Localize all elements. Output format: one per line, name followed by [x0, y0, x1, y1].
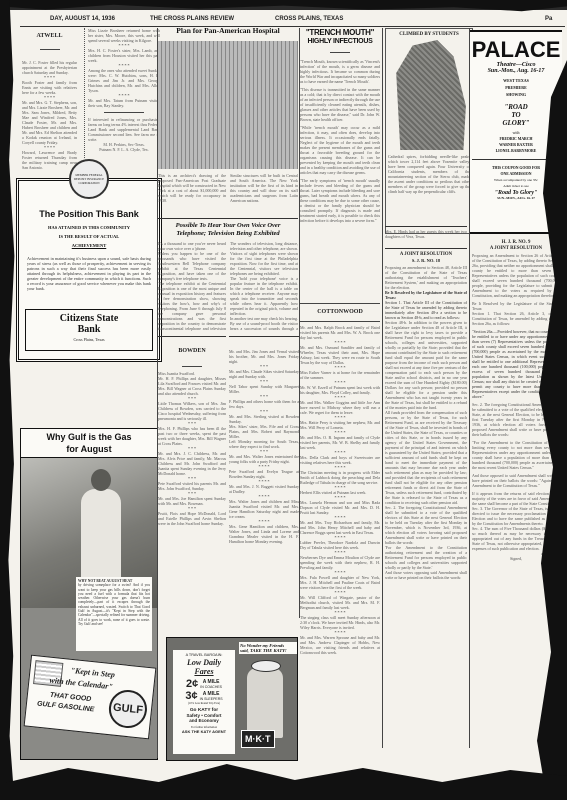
cottonwood-paragraph: Lubber Prevler, Theodore Nardolz and Dar…: [300, 540, 380, 550]
column-rule: [469, 28, 470, 748]
bowden-paragraph: Mr. H. F. Phillips and daughter, Misses …: [158, 376, 226, 396]
sjr-paragraph: 'For the Amendment to the Constitution a…: [385, 545, 467, 570]
bowden-paragraph: Mrs. Sikes' sister, Mrs. Fife and of Cro…: [229, 424, 299, 439]
katy-cta: and Economy: [173, 718, 235, 723]
sjr-paragraph: Section 48-b. In addition to the powers …: [385, 320, 467, 410]
trench-mouth-paragraph: "Trench Mouth, known scientifically as '…: [300, 59, 380, 84]
fdic-seal-icon: MEMBER FEDERAL DEPOSIT INSURANCE CORPORA…: [69, 159, 109, 199]
gulf-ad-headline: Why Gulf is the Gas: [21, 429, 157, 443]
trench-mouth-paragraph: "The early symptoms of 'trench mouth' us…: [300, 178, 380, 223]
atwell-column: ATWELL Mr. J. C. Foster filled his regul…: [22, 28, 77, 158]
trench-mouth-headline: HIGHLY INFECTIOUS: [300, 37, 380, 46]
katy-kicker: A TRAVEL BARGAIN:: [173, 653, 235, 657]
climbed-title: CLIMBED BY STUDENTS: [388, 32, 470, 37]
cottonwood-paragraph: Mr. and Mrs. O. B. Ingram and family of …: [300, 435, 380, 450]
atwell-paragraph: If interested in refinancing or purchasi…: [88, 117, 160, 142]
bowden-paragraph: Mrs. Gene Hamilton and children, Mrs. Wa…: [229, 524, 299, 544]
hjr-paragraph: Be It Resolved by the Legislature of the…: [472, 301, 560, 311]
katy-price: 3¢: [185, 690, 197, 702]
hjr-number: H. J. R. NO. 9: [472, 240, 560, 245]
palace-film-title: "ROAD: [470, 103, 562, 111]
cottonwood-paragraph: Mrs. Della Clark and boys of Sweetwater …: [300, 455, 380, 465]
mkt-logo-icon: M·K·T: [241, 730, 275, 748]
atwell-paragraph: Miss Lizzie Brosheer returned home with …: [88, 28, 160, 43]
palace-premiere: WEST TEXAS: [470, 78, 562, 83]
woman-head: [91, 469, 111, 491]
issue-date: DAY, AUGUST 14, 1936: [50, 16, 115, 22]
palace-film-title: GLORY": [470, 119, 562, 127]
telephone-paragraph: The 'hold your telephone' voice is a pop…: [230, 276, 298, 316]
sjr-paragraph: All funds provided from the compensation…: [385, 410, 467, 505]
sjr-number: S. J. R. NO. 18: [385, 258, 467, 263]
bowden-column-right: Mr. and Mrs. Jim Jones and Vernal visite…: [229, 336, 299, 622]
bowden-paragraph: Mrs. H. F. Phillips who has been ill the…: [158, 426, 226, 446]
atwell-title: ATWELL: [22, 34, 77, 39]
telephone-headline: Telephone; Television Being Exhibited: [158, 230, 298, 238]
katy-agent-line: ASK THE KATY AGENT: [173, 729, 235, 734]
sjr-paragraph: Be It Resolved by the Legislature of the…: [385, 290, 467, 300]
cottonwood-paragraph: Mr. W. W. Ezzell of Putnam spent last we…: [300, 385, 380, 395]
hospital-article: Plan for Pan-American Hospital This is a…: [158, 28, 298, 218]
climbed-article: CLIMBED BY STUDENTS Cathedral spires, fo…: [385, 28, 473, 234]
trench-mouth-article: "TRENCH MOUTH" HIGHLY INFECTIOUS "Trench…: [300, 28, 380, 248]
hjr-paragraph: If it appears from the returns of said e…: [472, 491, 560, 506]
katy-price-sub: IN COACHES: [200, 685, 222, 689]
hospital-headline: Plan for Pan-American Hospital: [158, 28, 298, 33]
atwell-paragraph: Mrs. H. C. Foster's sister, Mrs. Lamb, a…: [88, 48, 160, 63]
cottonwood-paragraph: Mrs. Fula Powell and daughter of New Yor…: [300, 575, 380, 590]
cottonwood-paragraph: Mr. and Mrs. Walker Goggins and little J…: [300, 400, 380, 415]
bowden-paragraph: Mrs. Walter Jones and children and Miss …: [229, 499, 299, 519]
atwell-paragraph: Mr. and Mrs. G. T. Stephens, son, and Mr…: [22, 100, 77, 145]
hospital-caption: This is an architect's drawing of the pr…: [158, 173, 226, 203]
trench-mouth-headline: "TRENCH MOUTH": [300, 28, 380, 37]
bowden-paragraph: Little Thomas Wilkers, son of Mrs. Jim C…: [158, 401, 226, 421]
telephone-paragraph: Unless you happen to be one of the thous…: [158, 251, 226, 281]
katy-coach-fare: 2¢ A MILEIN COACHES: [173, 678, 235, 690]
katy-slogan: No Wonder my Friends said, TAKE THE KATY…: [239, 642, 297, 654]
bowden-paragraph: Mr. and Mrs. J. C. Childress, Mr. and Mr…: [158, 451, 226, 476]
bank-location: Cross Plains, Texas: [26, 337, 152, 342]
column-rule: [299, 28, 300, 618]
gulf-ad-headline: for August: [21, 443, 157, 455]
sjr-paragraph: Proposing an amendment to Section 48, Ar…: [385, 265, 467, 290]
trench-mouth-paragraph: "While 'trench mouth' may occur as a mil…: [300, 125, 380, 175]
telephone-paragraph: It's a thousand to one you've never hear…: [158, 241, 226, 251]
cottonwood-title: COTTONWOOD: [300, 310, 380, 315]
bowden-paragraph: Mr. and Mrs. Claude Sikes visited Saturd…: [229, 369, 299, 379]
bank-name: Citizens State: [26, 313, 152, 324]
cottonwood-paragraph: Mr. and Mrs. Warren Sprouse and baby and…: [300, 635, 380, 655]
hjr-title: A JOINT RESOLUTION: [472, 246, 560, 251]
cottonwood-paragraph: Mr. and Mrs. Osmund Sandifer and family …: [300, 345, 380, 365]
bank-ad: MEMBER FEDERAL DEPOSIT INSURANCE CORPORA…: [16, 178, 162, 362]
sjr-paragraph: Section 1. That Article III of the Const…: [385, 300, 467, 320]
bowden-column: BOWDEN Miss Juanita Swafford. Mr. H. F. …: [158, 336, 226, 622]
bowden-title: BOWDEN: [158, 349, 226, 354]
palace-film-title: TO: [470, 111, 562, 119]
gulf-logo-icon: GULF: [107, 688, 149, 730]
gulf-ad-copy: WHY NOT BEAT AUGUST HEAT by driving some…: [76, 577, 152, 651]
cottonwood-paragraph: Mrs. Hattie Perry is visiting her nephew…: [300, 420, 380, 430]
gulf-ad-calendar-banner: "Kept in Step with the Calendar" THAT GO…: [24, 655, 157, 740]
katy-price: 2¢: [186, 678, 198, 690]
cottonwood-paragraph: Newbernes Dye and Emma Moulton of Clyde …: [300, 555, 380, 570]
masthead: DAY, AUGUST 14, 1936 THE CROSS PLAINS RE…: [20, 14, 565, 27]
bowden-paragraph: Nell Tabor spent Sunday with Margaret Mi…: [229, 384, 299, 394]
traveler-figure: [247, 668, 283, 738]
bowden-paragraph: Mr. and Mrs. Joe Hamilton spent Sunday w…: [158, 496, 226, 506]
gulf-ad-header: Why Gulf is the Gas for August: [21, 429, 157, 458]
cottonwood-paragraph: Miss Esther Varner is at home for the re…: [300, 370, 380, 380]
palace-premiere: PREMIERE: [470, 85, 562, 90]
gulf-ad: Why Gulf is the Gas for August WHY NOT B…: [20, 428, 158, 760]
sjr-title: A JOINT RESOLUTION: [385, 252, 467, 257]
column-rule: [157, 28, 158, 758]
atwell-paragraph: Howard, Lawrence and Brady Foster return…: [22, 150, 77, 170]
atwell-signature-org: Putnam N. F. L. A. Clyde, Tex.: [88, 147, 160, 152]
katy-slogan-line: said, TAKE THE KATY!: [240, 648, 296, 653]
hospital-illustration: [158, 41, 298, 169]
bowden-paragraph: Pete Swafford visited his parents Mr. an…: [158, 481, 226, 491]
page-number: Pa: [545, 16, 552, 22]
cottonwood-paragraph: Mr. and Mrs. Troy Richardson and family,…: [300, 520, 380, 535]
palace-dates: Sun.-Mon., Aug. 16-17: [470, 68, 562, 74]
column-rule: [382, 28, 383, 748]
atwell-paragraph: Among the ones who attended sweet Sunday…: [88, 68, 160, 93]
atwell-column-right: Miss Lizzie Brosheer returned home with …: [84, 28, 160, 158]
palace-premiere: SHOWING: [470, 92, 562, 97]
hospital-caption: Similar structures will be built in Cent…: [230, 173, 298, 203]
palace-name: PALACE: [470, 38, 562, 62]
cottonwood-paragraph: Mr. and Mrs. Ralph Brock and family of B…: [300, 325, 380, 340]
bank-name: Bank: [26, 324, 152, 335]
bowden-paragraph: Mr. and Mrs. J. N. Baggett visited Sunda…: [229, 484, 299, 494]
gulf-tagline: THAT GOOD: [50, 692, 92, 703]
paper-name: THE CROSS PLAINS REVIEW: [150, 16, 234, 22]
bowden-paragraph: Pete Swafford and Evelyn Teague at Bowde…: [229, 469, 299, 479]
telephone-paragraph: In another test one may check his hearin…: [230, 316, 298, 331]
cathedral-spires-photo: [388, 40, 470, 150]
cottonwood-paragraph: Mr. Will Clifford of Wingate, pastor of …: [300, 595, 380, 610]
climbed-caption: Cathedral spires, forbidding needle-like…: [388, 154, 470, 194]
telephone-headline: Possible To Hear Your Own Voice Over: [158, 222, 298, 230]
bowden-paragraph: F. Phillips and others home with them fo…: [229, 399, 299, 409]
hjr-paragraph: Section 1. That Section 26, Article 3, o…: [472, 311, 560, 326]
bank-ad-subhead: IS THE RESULT OF ACTUAL: [19, 234, 159, 239]
paper-location: CROSS PLAINS, TEXAS: [275, 16, 343, 22]
katy-ad: A TRAVEL BARGAIN: Low Daily Fares 2¢ A M…: [166, 637, 298, 761]
hjr-paragraph: Proposing an Amendment to Section 26 of …: [472, 253, 560, 298]
bowden-paragraph: Mr. and Mrs. Walter Jones entertained th…: [229, 454, 299, 464]
gulf-slogan: "Kept in Step: [70, 666, 115, 680]
atwell-paragraph: Mr. and Mrs. Tatum from Putnam visited t…: [88, 98, 160, 108]
bowden-paragraph: Left Monday morning for South Texas, whe…: [229, 439, 299, 449]
bowden-paragraph: Mr. and Mrs. Sterling visited at Bowden …: [229, 414, 299, 424]
cottonwood-paragraph: Mrs. Luruela Herman and son and Miss Rad…: [300, 500, 380, 515]
sjr-paragraph: Sec. 2. The foregoing Constitutional Ame…: [385, 505, 467, 545]
bowden-paragraph: Mr. and Mrs. Jim Jones and Vernal visite…: [229, 349, 299, 364]
bowden-paragraph: Pruitt, Flois and Hope McDonald, Lord an…: [158, 511, 226, 526]
sjr-18-column: A JOINT RESOLUTION S. J. R. NO. 18 Propo…: [385, 248, 467, 749]
cottonwood-column: COTTONWOOD Mr. and Mrs. Ralph Brock and …: [300, 300, 380, 760]
atwell-paragraph: Mr. J. C. Foster filled his regular appo…: [22, 60, 77, 75]
sjr-paragraph: And those voters opposing said Amendment…: [385, 570, 467, 580]
atwell-paragraph: Booth Foster and family from Ennis are v…: [22, 80, 77, 95]
gulf-ad-copy-text: by driving someplace for a swim? And if …: [78, 583, 150, 626]
trench-mouth-paragraph: "This disease is transmitted in the same…: [300, 87, 380, 122]
katy-price-sub: IN SLEEPERS: [200, 697, 223, 701]
katy-headline: Fares: [173, 667, 235, 676]
telephone-paragraph: The wonders of television, long distance…: [230, 241, 298, 276]
katy-fine-print: (10% Less Round Trip Fare): [173, 702, 235, 705]
bank-nameplate: Citizens State Bank Cross Plains, Texas: [25, 309, 153, 351]
hinds-note: Mrs. E. Hinds had as her guests this wee…: [385, 226, 467, 249]
hjr-paragraph: And those opposed to said Amendment shal…: [472, 473, 560, 488]
bank-ad-subhead: ACHIEVEMENT: [19, 243, 159, 248]
hjr-paragraph: "For the Amendment to the Constitution o…: [472, 440, 560, 470]
bank-ad-body: Achievement in maintaining it's business…: [27, 256, 151, 291]
telephone-paragraph: The telephone exhibit at the Centennial …: [158, 281, 226, 331]
bank-ad-subhead: HAS ATTAINED IN THIS COMMUNITY: [19, 225, 159, 230]
cottonwood-paragraph: The Christian meeting is in progress wit…: [300, 470, 380, 485]
bank-ad-headline: The Position This Bank: [19, 209, 159, 219]
katy-headline: Low Daily: [173, 659, 235, 667]
katy-sleeper-fare: 3¢ A MILEIN SLEEPERS: [173, 690, 235, 702]
katy-fare-panel: A TRAVEL BARGAIN: Low Daily Fares 2¢ A M…: [173, 650, 235, 754]
hat-icon: [251, 660, 281, 672]
telephone-article: Possible To Hear Your Own Voice Over Tel…: [158, 218, 298, 331]
cottonwood-paragraph: The singing class will meet Sunday after…: [300, 615, 380, 630]
